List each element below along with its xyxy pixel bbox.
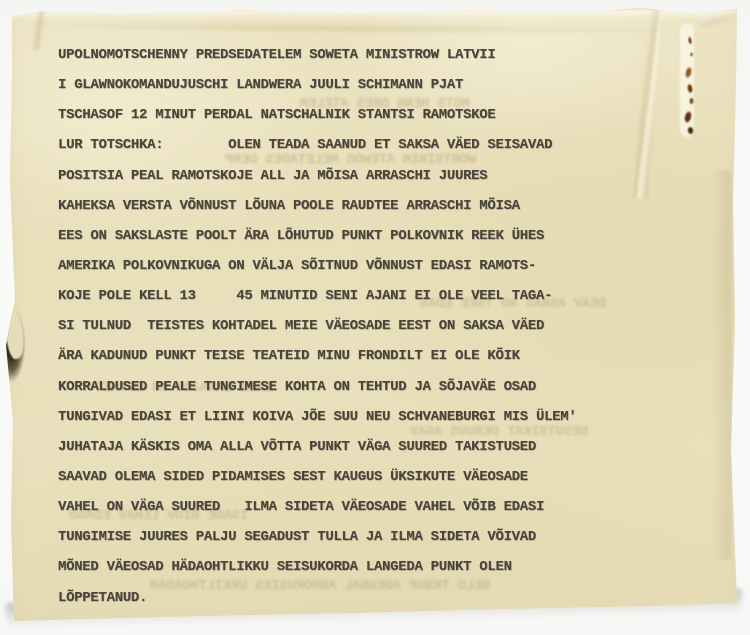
- document-line-11: ÄRA KADUNUD PUNKT TEISE TEATEID MINU FRO…: [58, 341, 577, 371]
- document-line-18: MÕNED VÄEOSAD HÄDAOHTLIKKU SEISUKORDA LA…: [58, 552, 577, 582]
- document-line-15: SAAVAD OLEMA SIDED PIDAMISES SEST KAUGUS…: [58, 462, 577, 492]
- document-line-9: KOJE POLE KELL 13 45 MINUTID SENI AJANI …: [58, 281, 577, 311]
- document-line-19: LÕPPETANUD.: [58, 583, 577, 613]
- document-line-2: I GLAWNOKOMANDUJUSCHI LANDWERA JUULI SCH…: [58, 70, 577, 100]
- document-line-1: UPOLNOMOTSCHENNY PREDSEDATELEM SOWETA MI…: [58, 40, 577, 70]
- paper-sheet: MOTS HENN DRES ATELEMWORTSINIM ATEWOS ME…: [0, 0, 750, 635]
- document-line-14: JUHATAJA KÄSKIS OMA ALLA VÕTTA PUNKT VÄG…: [58, 432, 577, 462]
- document-text: UPOLNOMOTSCHENNY PREDSEDATELEM SOWETA MI…: [58, 40, 577, 613]
- document-line-5: POSITSIA PEAL RAMOTSKOJE ALL JA MÕISA AR…: [58, 161, 577, 191]
- left-edge-nick: [0, 325, 7, 349]
- document-line-3: TSCHASOF 12 MINUT PERDAL NATSCHALNIK STA…: [58, 100, 577, 130]
- document-line-6: KAHEKSA VERSTA VÕNNUST LÕUNA POOLE RAUDT…: [58, 191, 577, 221]
- document-line-4: LUR TOTSCHKA: OLEN TEADA SAANUD ET SAKSA…: [58, 130, 577, 160]
- document-line-13: TUNGIVAD EDASI ET LIINI KOIVA JÕE SUU NE…: [58, 402, 577, 432]
- document-line-8: AMERIKA POLKOVNIKUGA ON VÄLJA SÕITNUD VÕ…: [58, 251, 577, 281]
- document-line-10: SI TULNUD TEISTES KOHTADEL MEIE VÄEOSADE…: [58, 311, 577, 341]
- document-line-12: KORRALDUSED PEALE TUNGIMESE KOHTA ON TEH…: [58, 372, 577, 402]
- scanned-document-scene: MOTS HENN DRES ATELEMWORTSINIM ATEWOS ME…: [0, 0, 750, 635]
- document-line-16: VAHEL ON VÄGA SUURED ILMA SIDETA VÄEOSAD…: [58, 492, 577, 522]
- document-line-7: EES ON SAKSLASTE POOLT ÄRA LÕHUTUD PUNKT…: [58, 221, 577, 251]
- document-line-17: TUNGIMISE JUURES PALJU SEGADUST TULLA JA…: [58, 522, 577, 552]
